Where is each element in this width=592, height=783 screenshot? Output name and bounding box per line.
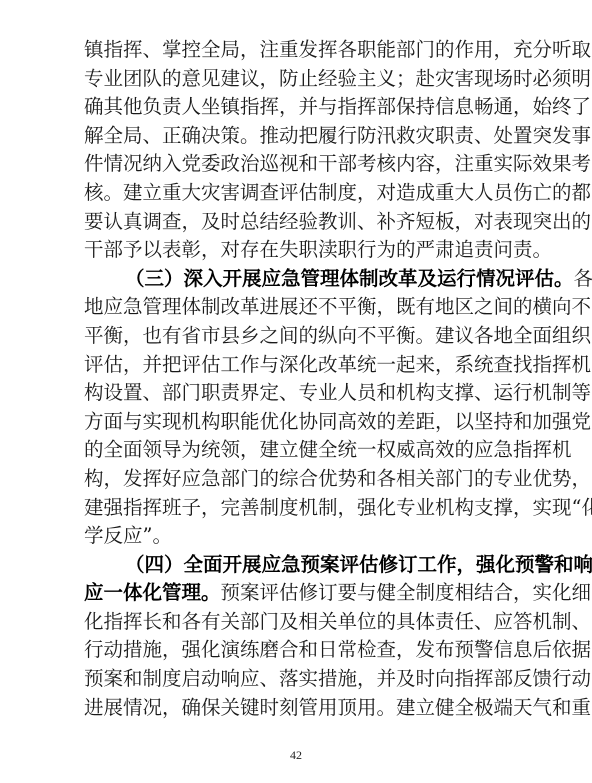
section-heading-4-line-1: （四）全面开展应急预案评估修订工作，强化预警和响: [84, 551, 503, 580]
section-heading-3: （三）深入开展应急管理体制改革及运行情况评估。: [125, 267, 574, 290]
section-heading-4-line-2: 应一体化管理。预案评估修订要与健全制度相结合，实化细: [84, 579, 503, 608]
text-line-18: 学反应”。: [84, 522, 503, 551]
text-line-1: 镇指挥、掌控全局，注重发挥各职能部门的作用，充分听取: [84, 36, 503, 65]
text-line-2: 专业团队的意见建议，防止经验主义；赴灾害现场时必须明: [84, 65, 503, 94]
text-line-13: 构设置、部门职责界定、专业人员和机构支撑、运行机制等: [84, 379, 503, 408]
section-3-text-start: 各: [574, 267, 592, 290]
text-line-12: 评估，并把评估工作与深化改革统一起来，系统查找指挥机: [84, 351, 503, 380]
page-number: 42: [0, 748, 592, 763]
text-line-14: 方面与实现机构职能优化协同高效的差距，以坚持和加强党: [84, 408, 503, 437]
document-page: 镇指挥、掌控全局，注重发挥各职能部门的作用，充分听取 专业团队的意见建议，防止经…: [0, 0, 592, 783]
text-line-16: 构，发挥好应急部门的综合优势和各相关部门的专业优势，: [84, 465, 503, 494]
text-line-17: 建强指挥班子，完善制度机制，强化专业机构支撑，实现“化: [84, 494, 503, 523]
section-4-text-start: 预案评估修订要与健全制度相结合，实化细: [221, 581, 592, 604]
text-line-15: 的全面领导为统领，建立健全统一权威高效的应急指挥机: [84, 436, 503, 465]
text-line-11: 平衡，也有省市县乡之间的纵向不平衡。建议各地全面组织: [84, 322, 503, 351]
text-line-21: 化指挥长和各有关部门及相关单位的具体责任、应答机制、: [84, 608, 503, 637]
section-heading-4-continued: 应一体化管理。: [84, 581, 221, 604]
text-line-8: 干部予以表彰，对存在失职渎职行为的严肃追责问责。: [84, 236, 503, 265]
text-line-22: 行动措施，强化演练磨合和日常检查，发布预警信息后依据: [84, 636, 503, 665]
document-body: 镇指挥、掌控全局，注重发挥各职能部门的作用，充分听取 专业团队的意见建议，防止经…: [84, 36, 503, 722]
text-line-4: 解全局、正确决策。推动把履行防汛救灾职责、处置突发事: [84, 122, 503, 151]
section-heading-3-line: （三）深入开展应急管理体制改革及运行情况评估。各: [84, 265, 503, 294]
text-line-6: 核。建立重大灾害调查评估制度，对造成重大人员伤亡的都: [84, 179, 503, 208]
text-line-23: 预案和制度启动响应、落实措施，并及时向指挥部反馈行动: [84, 665, 503, 694]
section-heading-4: （四）全面开展应急预案评估修订工作，强化预警和响: [125, 553, 592, 576]
text-line-5: 件情况纳入党委政治巡视和干部考核内容，注重实际效果考: [84, 150, 503, 179]
text-line-10: 地应急管理体制改革进展还不平衡，既有地区之间的横向不: [84, 293, 503, 322]
text-line-7: 要认真调查，及时总结经验教训、补齐短板，对表现突出的: [84, 208, 503, 237]
text-line-24: 进展情况，确保关键时刻管用顶用。建立健全极端天气和重: [84, 694, 503, 723]
text-line-3: 确其他负责人坐镇指挥，并与指挥部保持信息畅通，始终了: [84, 93, 503, 122]
